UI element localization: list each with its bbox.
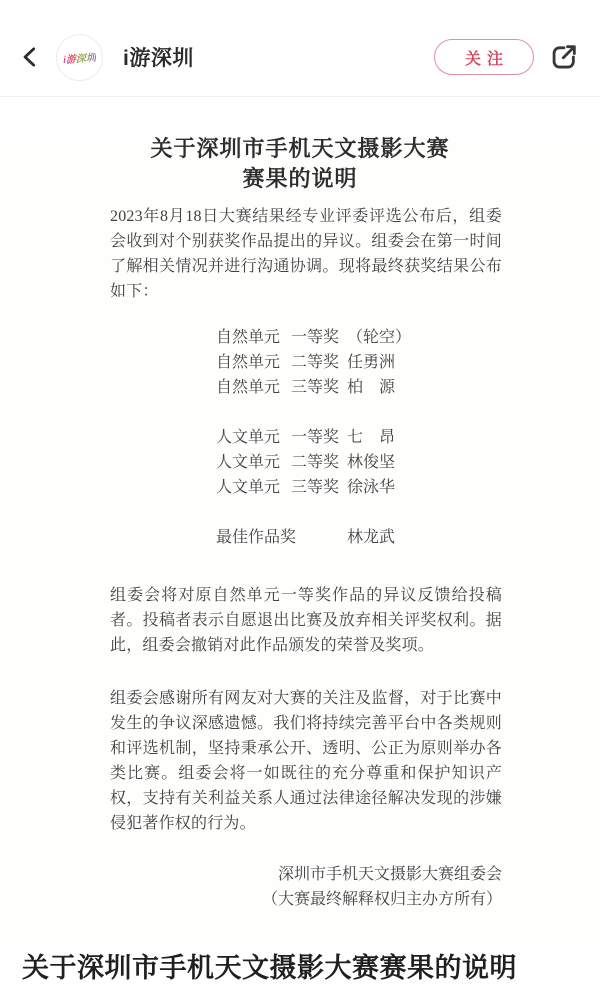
award-row: 人文单元 三等奖 徐泳华 [216, 475, 600, 500]
award-prize: 一等奖 [291, 425, 347, 450]
document-paragraph-2: 组委会将对原自然单元一等奖作品的异议反馈给投稿者。投稿者表示自愿退出比赛及放弃相… [110, 583, 502, 658]
document-paragraph-3: 组委会感谢所有网友对大赛的关注及监督，对于比赛中发生的争议深感遗憾。我们将持续完… [110, 686, 502, 836]
signature-line2: （大赛最终解释权归主办方所有） [110, 887, 502, 912]
share-button[interactable] [544, 37, 584, 77]
top-bar: i游深圳 i游深圳 关注 [0, 0, 600, 97]
award-prize [291, 525, 347, 550]
award-name: 林俊坚 [347, 450, 395, 475]
award-prize: 三等奖 [291, 375, 347, 400]
award-unit: 人文单元 [216, 450, 291, 475]
share-external-icon [547, 40, 581, 74]
account-name[interactable]: i游深圳 [123, 42, 194, 72]
award-name: 柏 源 [347, 375, 395, 400]
award-unit: 自然单元 [216, 350, 291, 375]
award-row: 自然单元 一等奖 （轮空） [216, 325, 600, 350]
post-caption: 关于深圳市手机天文摄影大赛赛果的说明 [0, 944, 600, 986]
award-list: 自然单元 一等奖 （轮空） 自然单元 二等奖 任勇洲 自然单元 三等奖 柏 源 … [0, 325, 600, 550]
chevron-left-icon [18, 44, 44, 70]
document-title-line1: 关于深圳市手机天文摄影大赛 [0, 134, 600, 164]
award-row: 最佳作品奖 林龙武 [216, 525, 600, 550]
back-button[interactable] [14, 40, 48, 74]
award-name: 徐泳华 [347, 475, 395, 500]
award-name: （轮空） [347, 325, 411, 350]
award-unit: 最佳作品奖 [216, 525, 291, 550]
award-prize: 二等奖 [291, 350, 347, 375]
follow-button[interactable]: 关注 [434, 39, 534, 75]
award-name: 任勇洲 [347, 350, 395, 375]
award-prize: 三等奖 [291, 475, 347, 500]
document-paragraph-1: 2023年8月18日大赛结果经专业评委评选公布后，组委会收到对个别获奖作品提出的… [110, 204, 502, 304]
avatar-logo-text: i游深圳 [63, 48, 97, 65]
signature-line1: 深圳市手机天文摄影大赛组委会 [110, 862, 502, 887]
document-title: 关于深圳市手机天文摄影大赛 赛果的说明 [0, 134, 600, 194]
award-unit: 人文单元 [216, 425, 291, 450]
announcement-image[interactable]: 关于深圳市手机天文摄影大赛 赛果的说明 2023年8月18日大赛结果经专业评委评… [0, 134, 600, 944]
award-prize: 一等奖 [291, 325, 347, 350]
document-signature: 深圳市手机天文摄影大赛组委会 （大赛最终解释权归主办方所有） [110, 862, 502, 912]
avatar[interactable]: i游深圳 [56, 34, 103, 81]
award-unit: 人文单元 [216, 475, 291, 500]
award-row: 人文单元 二等奖 林俊坚 [216, 450, 600, 475]
award-unit: 自然单元 [216, 325, 291, 350]
document-title-line2: 赛果的说明 [0, 164, 600, 194]
award-row: 自然单元 三等奖 柏 源 [216, 375, 600, 400]
award-prize: 二等奖 [291, 450, 347, 475]
award-name: 七 昂 [347, 425, 395, 450]
award-row: 人文单元 一等奖 七 昂 [216, 425, 600, 450]
award-name: 林龙武 [347, 525, 395, 550]
award-row: 自然单元 二等奖 任勇洲 [216, 350, 600, 375]
award-unit: 自然单元 [216, 375, 291, 400]
